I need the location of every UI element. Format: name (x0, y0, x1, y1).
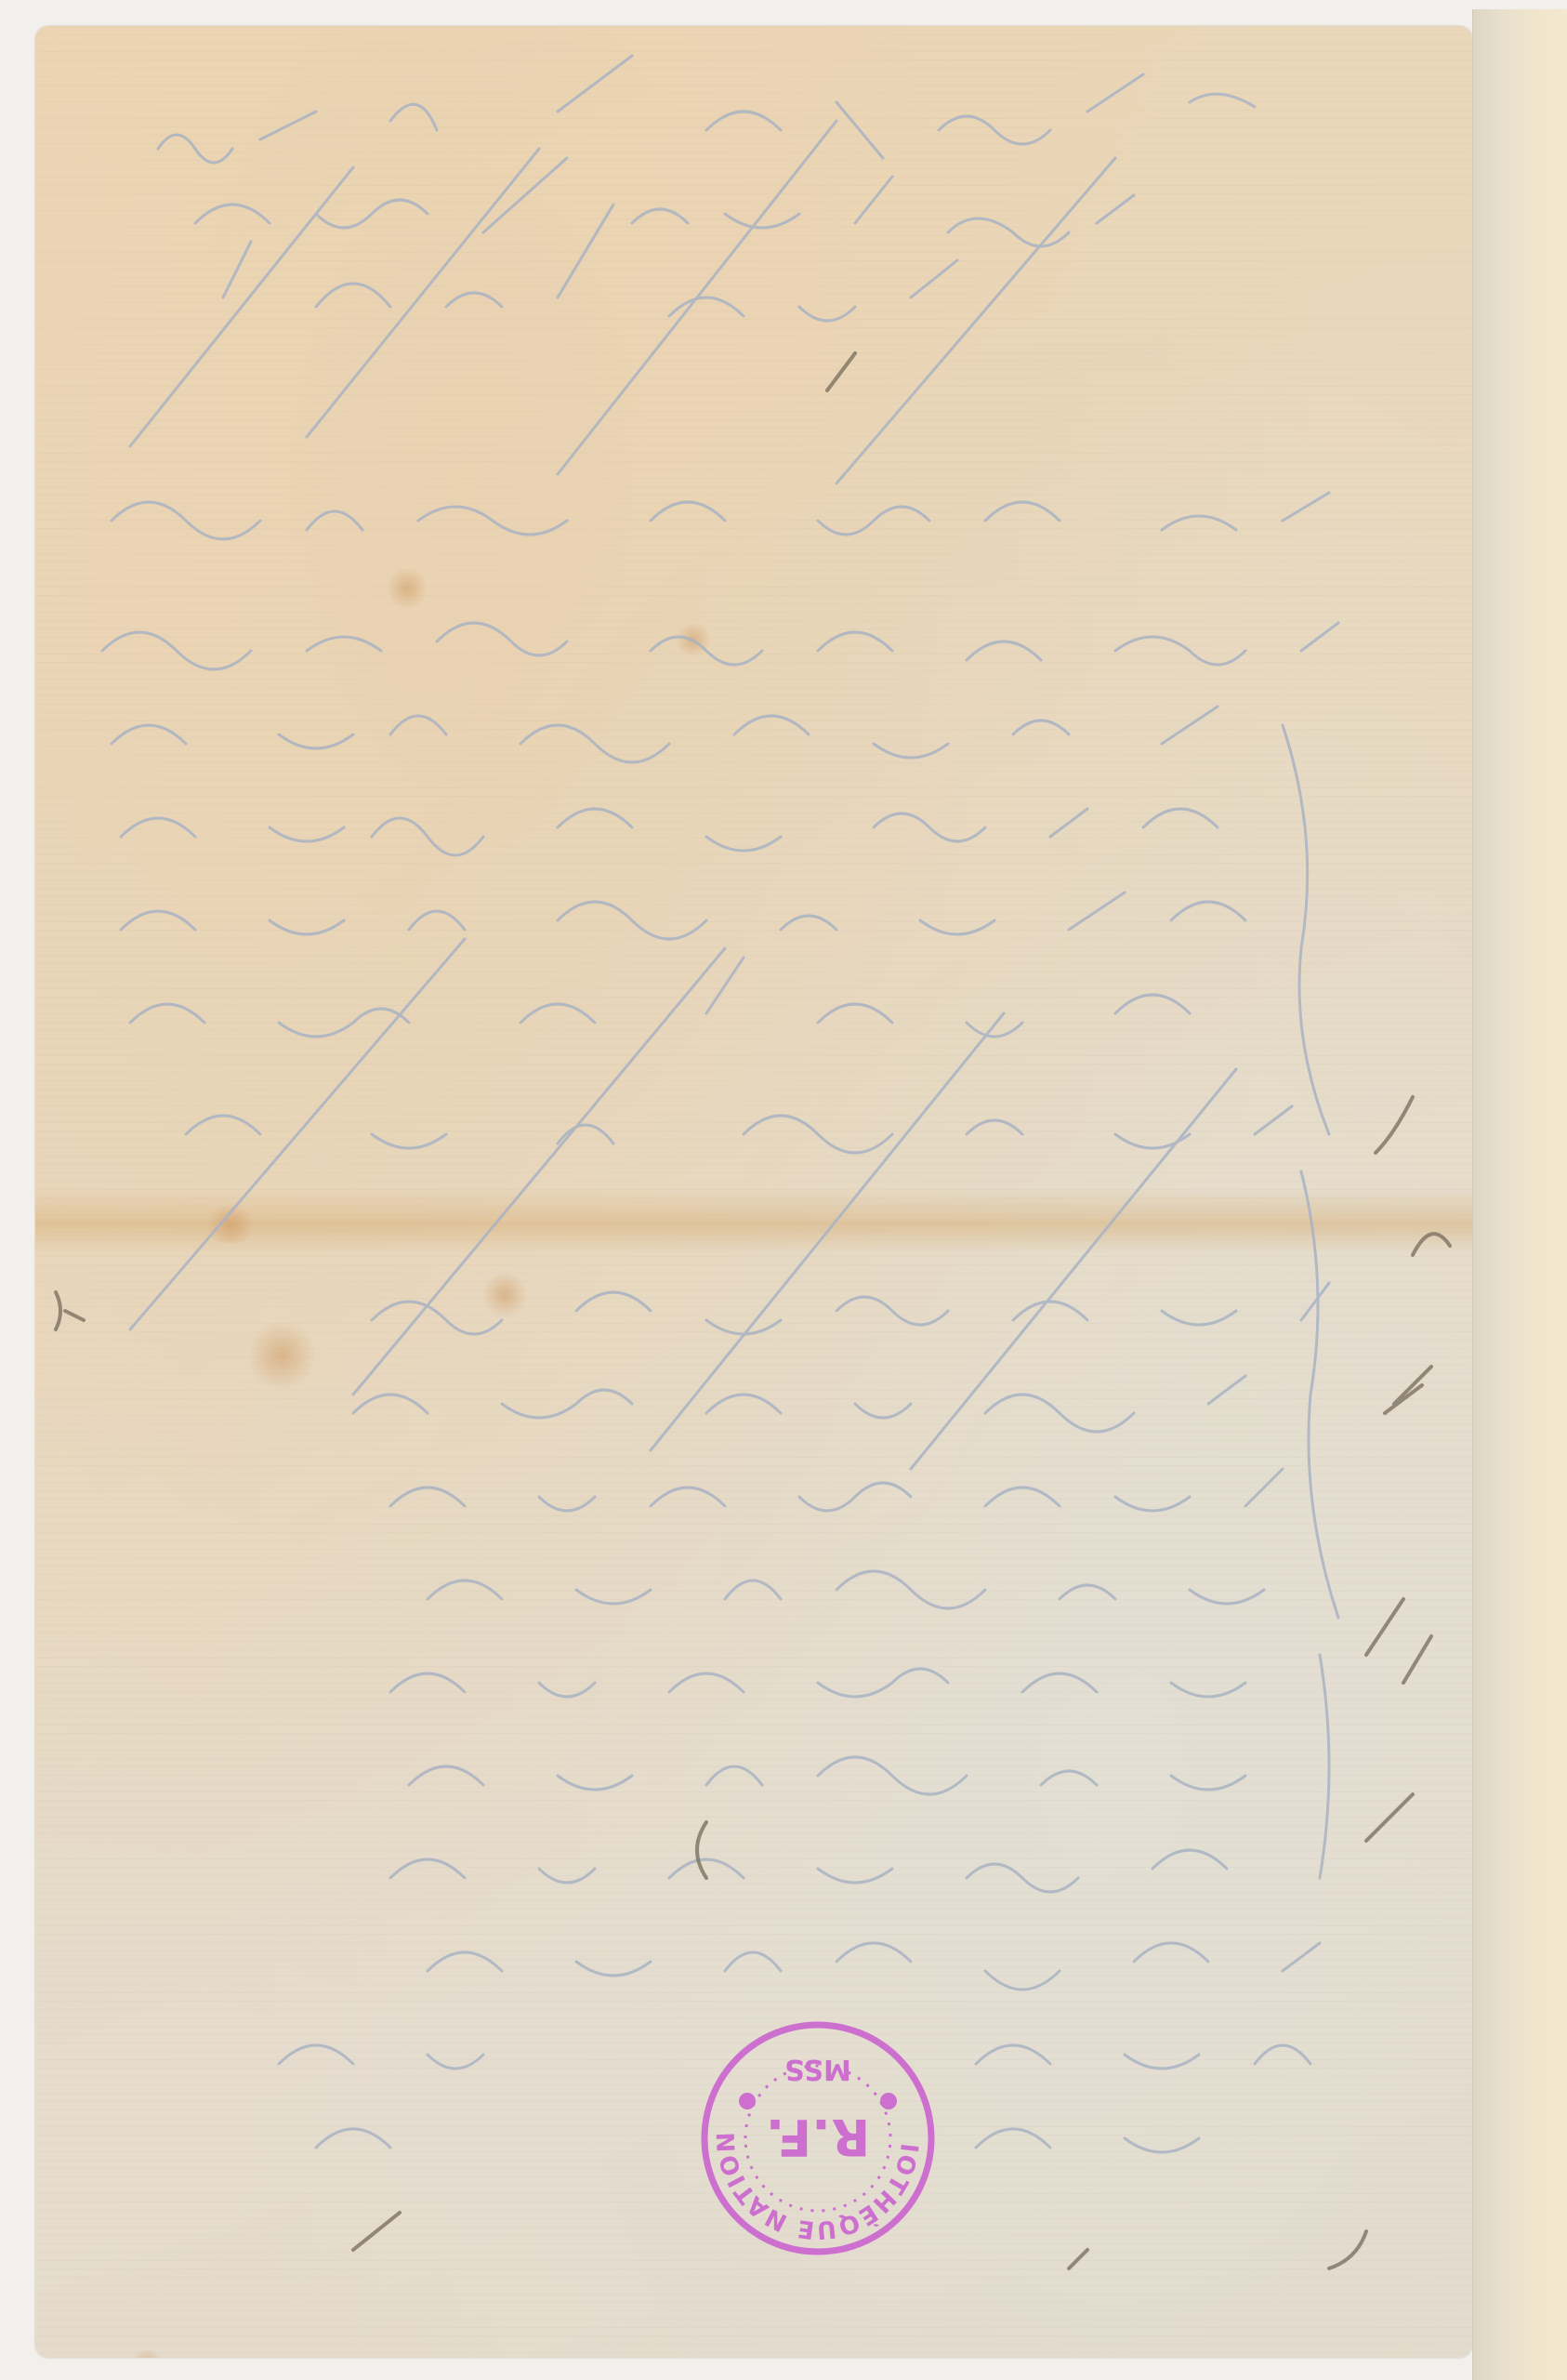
stamp-center-text: R.F. (766, 2108, 871, 2166)
adjacent-page-edge (1472, 9, 1567, 2380)
foxing-stain (677, 621, 710, 658)
manuscript-sheet (35, 26, 1472, 2358)
foxing-stain (388, 565, 426, 612)
foxing-stain (249, 1318, 314, 1393)
library-stamp: BIBLIOTHÈQUE NATIONALE R.F. MSS (699, 2019, 937, 2257)
stamp-bottom-text: MSS (784, 2053, 851, 2085)
foxing-stain (481, 1272, 528, 1318)
foxing-stain (203, 1207, 258, 1244)
